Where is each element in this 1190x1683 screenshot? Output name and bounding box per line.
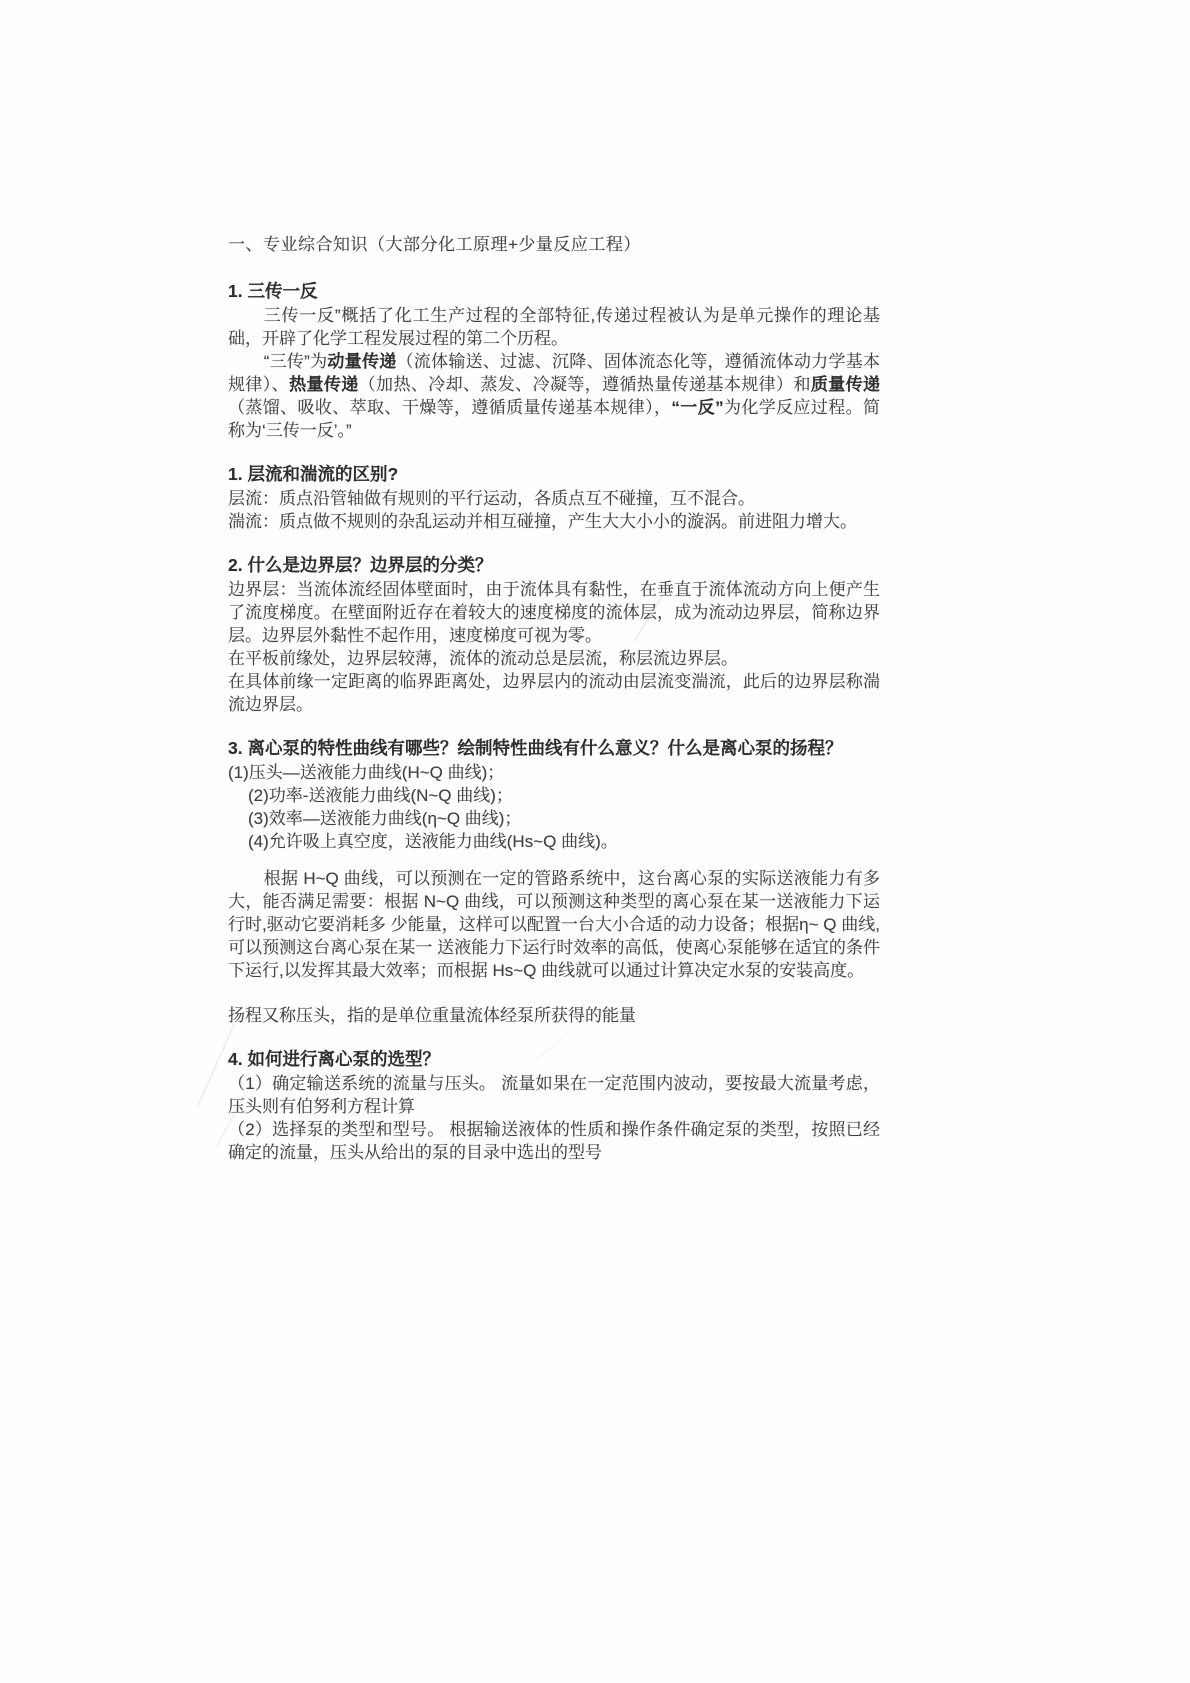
bold-mass-transfer: 质量传递 <box>811 375 880 394</box>
bold-one-reaction: “一反” <box>671 398 723 417</box>
scanned-document-page: 一、专业综合知识（大部分化工原理+少量反应工程） 1. 三传一反 三传一反”概括… <box>0 0 1190 1683</box>
document-content: 一、专业综合知识（大部分化工原理+少量反应工程） 1. 三传一反 三传一反”概括… <box>228 233 880 1164</box>
list-item-power-curve: (2)功率-送液能力曲线(N~Q 曲线)； <box>228 784 880 807</box>
paragraph-santran-detail: “三传”为动量传递（流体输送、过滤、沉降、固体流态化等，遵循流体动力学基本规律）… <box>228 350 880 442</box>
step-flow-and-head: （1）确定输送系统的流量与压头。 流量如果在一定范围内波动，要按最大流量考虑，压… <box>228 1072 880 1118</box>
paragraph-turbulent-boundary: 在具体前缘一定距离的临界距离处，边界层内的流动由层流变湍流，此后的边界层称湍流边… <box>228 670 880 716</box>
section-heading-santran-yifan: 1. 三传一反 <box>228 280 880 303</box>
text-run: （加热、冷却、蒸发、冷凝等，遵循热量传递基本规律）和 <box>359 375 811 394</box>
bold-momentum-transfer: 动量传递 <box>327 352 396 371</box>
pump-selection-steps: （1）确定输送系统的流量与压头。 流量如果在一定范围内波动，要按最大流量考虑，压… <box>228 1072 880 1164</box>
paragraph-laminar: 层流：质点沿管轴做有规则的平行运动，各质点互不碰撞，互不混合。 <box>228 487 880 510</box>
paragraph-boundary-definition: 边界层：当流体流经固体壁面时，由于流体具有黏性，在垂直于流体流动方向上便产生了流… <box>228 578 880 647</box>
list-item-efficiency-curve: (3)效率—送液能力曲线(η~Q 曲线)； <box>228 807 880 830</box>
paragraph-head-definition: 扬程又称压头，指的是单位重量流体经泵所获得的能量 <box>228 1004 880 1027</box>
question-heading-laminar-turbulent: 1. 层流和湍流的区别? <box>228 463 880 486</box>
question-heading-pump-curves: 3. 离心泵的特性曲线有哪些？绘制特性曲线有什么意义？什么是离心泵的扬程？ <box>228 737 880 760</box>
text-run: （蒸馏、吸收、萃取、干燥等，遵循质量传递基本规律）， <box>228 398 671 417</box>
question-heading-pump-selection: 4. 如何进行离心泵的选型？ <box>228 1048 880 1071</box>
list-item-head-curve: (1)压头—送液能力曲线(H~Q 曲线)； <box>228 761 880 784</box>
step-pump-type-model: （2）选择泵的类型和型号。 根据输送液体的性质和操作条件确定泵的类型，按照已经确… <box>228 1118 880 1164</box>
list-item-suction-curve: (4)允许吸上真空度，送液能力曲线(Hs~Q 曲线)。 <box>228 830 880 853</box>
question-heading-boundary-layer: 2. 什么是边界层？边界层的分类？ <box>228 554 880 577</box>
document-title: 一、专业综合知识（大部分化工原理+少量反应工程） <box>228 233 880 256</box>
pump-curve-list: (1)压头—送液能力曲线(H~Q 曲线)； (2)功率-送液能力曲线(N~Q 曲… <box>228 761 880 853</box>
text-run: “三传”为 <box>264 352 328 371</box>
bold-heat-transfer: 热量传递 <box>289 375 359 394</box>
paragraph-turbulent: 湍流：质点做不规则的杂乱运动并相互碰撞，产生大大小小的漩涡。前进阻力增大。 <box>228 510 880 533</box>
paragraph-santran-intro: 三传一反”概括了化工生产过程的全部特征,传递过程被认为是单元操作的理论基础，开辟… <box>228 304 880 350</box>
paragraph-curve-meaning: 根据 H~Q 曲线，可以预测在一定的管路系统中，这台离心泵的实际送液能力有多大，… <box>228 867 880 982</box>
paragraph-laminar-boundary: 在平板前缘处，边界层较薄，流体的流动总是层流，称层流边界层。 <box>228 647 880 670</box>
